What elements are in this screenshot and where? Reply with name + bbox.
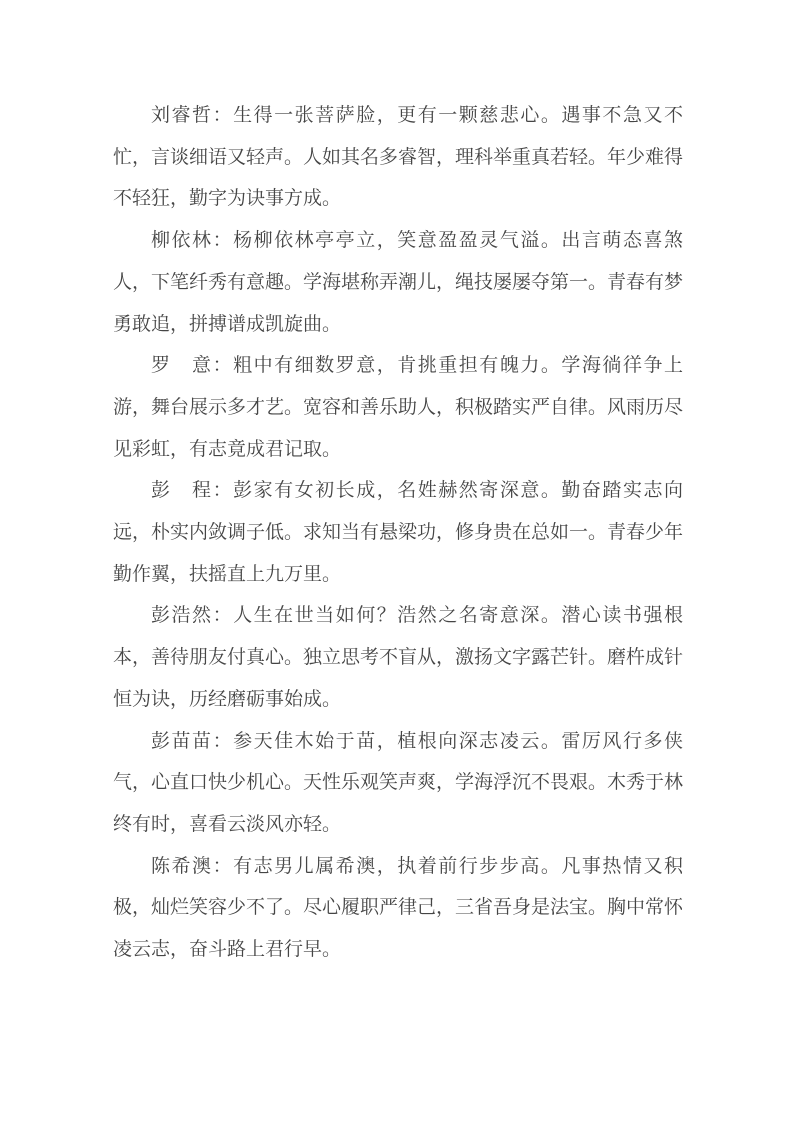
student-name: 刘睿哲 <box>151 104 213 126</box>
name-separator: ： <box>213 479 234 501</box>
student-comment-paragraph: 彭苗苗：参天佳木始于苗，植根向深志凌云。雷厉风行多侠气，心直口快少机心。天性乐观… <box>113 721 683 846</box>
student-comments-text-block: 刘睿哲：生得一张菩萨脸，更有一颗慈悲心。遇事不急又不忙，言谈细语又轻声。人如其名… <box>113 95 683 971</box>
student-comment-paragraph: 刘睿哲：生得一张菩萨脸，更有一颗慈悲心。遇事不急又不忙，言谈细语又轻声。人如其名… <box>113 95 683 220</box>
name-separator: ： <box>213 104 234 126</box>
student-name: 彭浩然 <box>151 604 213 626</box>
name-separator: ： <box>213 730 234 752</box>
student-comment-paragraph: 罗 意：粗中有细数罗意，肯挑重担有魄力。学海徜徉争上游，舞台展示多才艺。宽容和善… <box>113 345 683 470</box>
student-name: 彭 程 <box>151 479 213 501</box>
student-comment-paragraph: 陈希澳：有志男儿属希澳，执着前行步步高。凡事热情又积极，灿烂笑容少不了。尽心履职… <box>113 846 683 971</box>
student-comment-paragraph: 彭 程：彭家有女初长成，名姓赫然寄深意。勤奋踏实志向远，朴实内敛调子低。求知当有… <box>113 470 683 595</box>
student-name: 柳依林 <box>151 229 213 251</box>
name-separator: ： <box>213 354 234 376</box>
student-name: 彭苗苗 <box>151 730 213 752</box>
student-name: 罗 意 <box>151 354 213 376</box>
student-comment-paragraph: 彭浩然：人生在世当如何？浩然之名寄意深。潜心读书强根本，善待朋友付真心。独立思考… <box>113 595 683 720</box>
document-page: 刘睿哲：生得一张菩萨脸，更有一颗慈悲心。遇事不急又不忙，言谈细语又轻声。人如其名… <box>0 0 793 1122</box>
name-separator: ： <box>213 229 234 251</box>
student-comment-paragraph: 柳依林：杨柳依林亭亭立，笑意盈盈灵气溢。出言萌态喜煞人，下笔纤秀有意趣。学海堪称… <box>113 220 683 345</box>
student-name: 陈希澳 <box>151 855 213 877</box>
name-separator: ： <box>213 855 234 877</box>
name-separator: ： <box>213 604 234 626</box>
